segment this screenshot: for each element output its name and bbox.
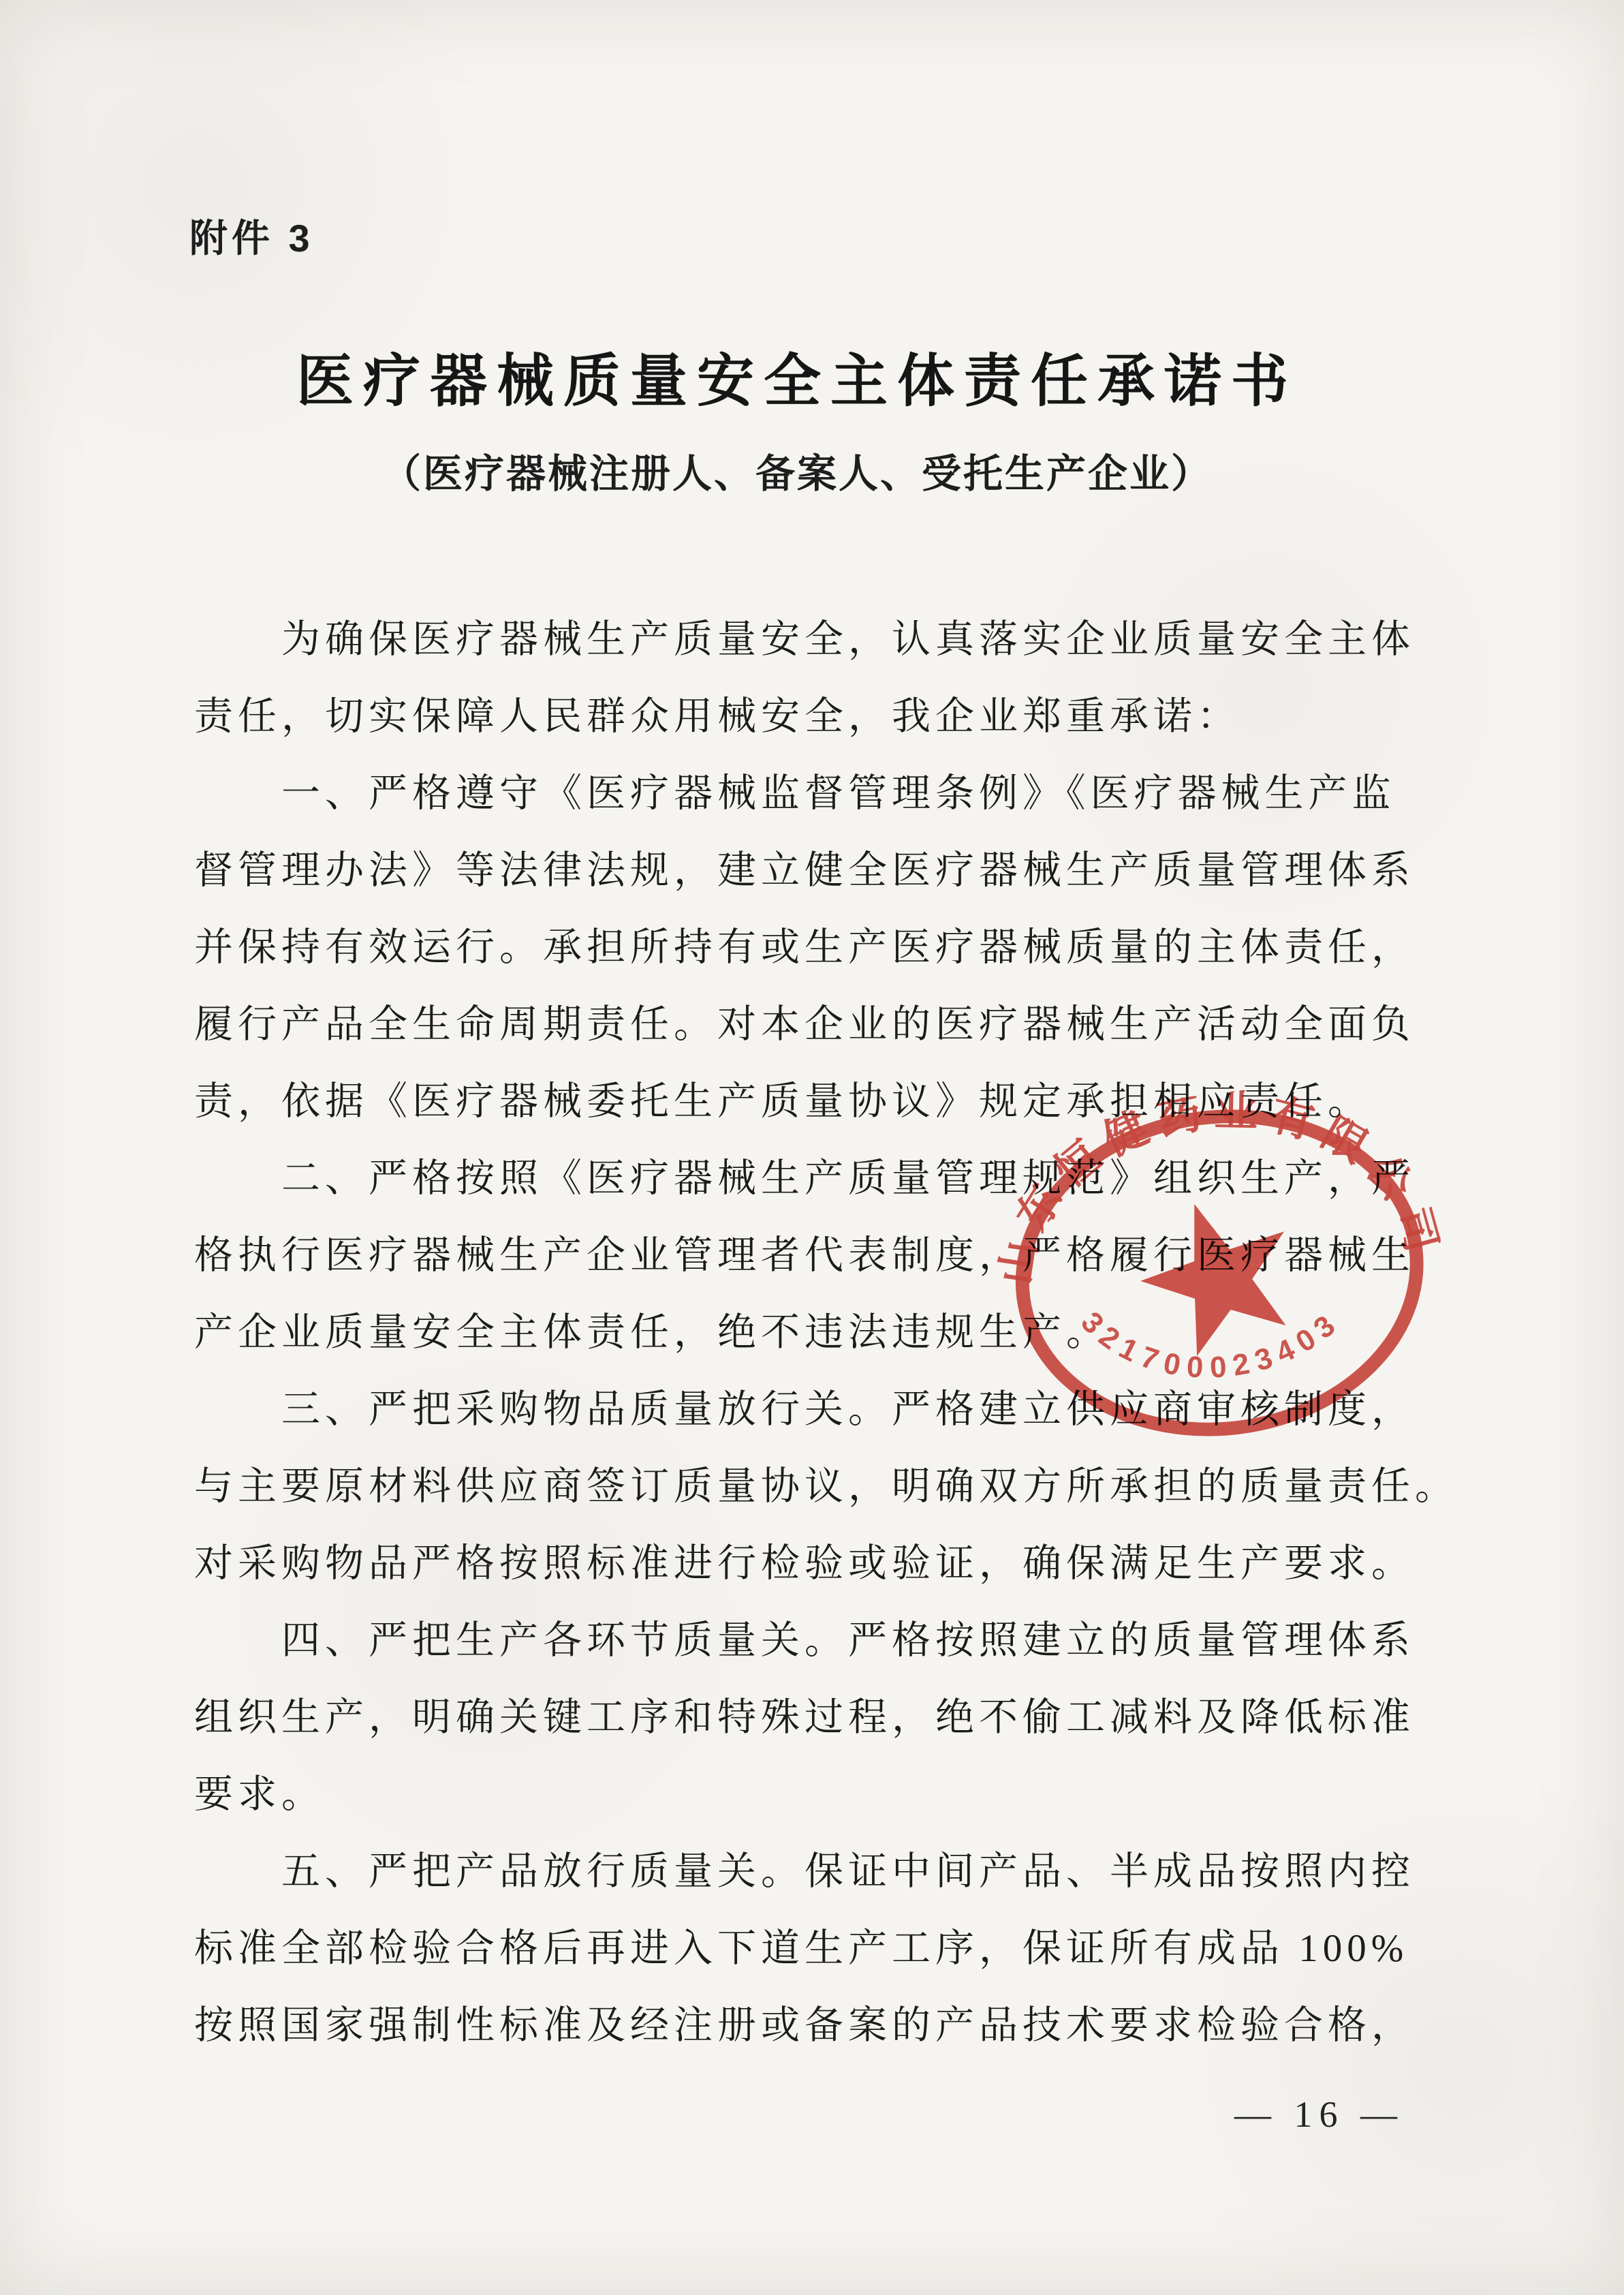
body-line: 要求。	[194, 1756, 1441, 1833]
body-line: 组织生产，明确关键工序和特殊过程，绝不偷工减料及降低标准	[194, 1679, 1441, 1756]
attachment-label: 附件 3	[189, 209, 314, 263]
body-line: 按照国家强制性标准及经注册或备案的产品技术要求检验合格，	[194, 1987, 1441, 2064]
body-line: 并保持有效运行。承担所持有或生产医疗器械质量的主体责任，	[194, 909, 1441, 986]
body-line: 与主要原材料供应商签订质量协议，明确双方所承担的质量责任。	[194, 1448, 1441, 1525]
body-line: 标准全部检验合格后再进入下道生产工序，保证所有成品 100%	[194, 1910, 1441, 1987]
body-line: 履行产品全生命周期责任。对本企业的医疗器械生产活动全面负	[194, 986, 1441, 1063]
body-line: 督管理办法》等法律法规，建立健全医疗器械生产质量管理体系	[194, 832, 1441, 909]
company-seal-stamp: 山东恒健药业有限公司 321700023403	[976, 1068, 1463, 1475]
page-number: — 16 —	[1234, 2093, 1404, 2136]
body-line: 为确保医疗器械生产质量安全，认真落实企业质量安全主体	[194, 601, 1441, 678]
scanned-document-page: 附件 3 医疗器械质量安全主体责任承诺书 （医疗器械注册人、备案人、受托生产企业…	[0, 0, 1624, 2295]
body-line: 四、严把生产各环节质量关。严格按照建立的质量管理体系	[194, 1602, 1441, 1679]
document-subtitle: （医疗器械注册人、备案人、受托生产企业）	[0, 442, 1594, 499]
body-line: 责任，切实保障人民群众用械安全，我企业郑重承诺：	[194, 678, 1441, 755]
body-line: 对采购物品严格按照标准进行检验或验证，确保满足生产要求。	[194, 1525, 1441, 1602]
body-line: 五、严把产品放行质量关。保证中间产品、半成品按照内控	[194, 1833, 1441, 1910]
document-title: 医疗器械质量安全主体责任承诺书	[0, 335, 1594, 418]
body-line: 一、严格遵守《医疗器械监督管理条例》《医疗器械生产监	[194, 755, 1441, 832]
